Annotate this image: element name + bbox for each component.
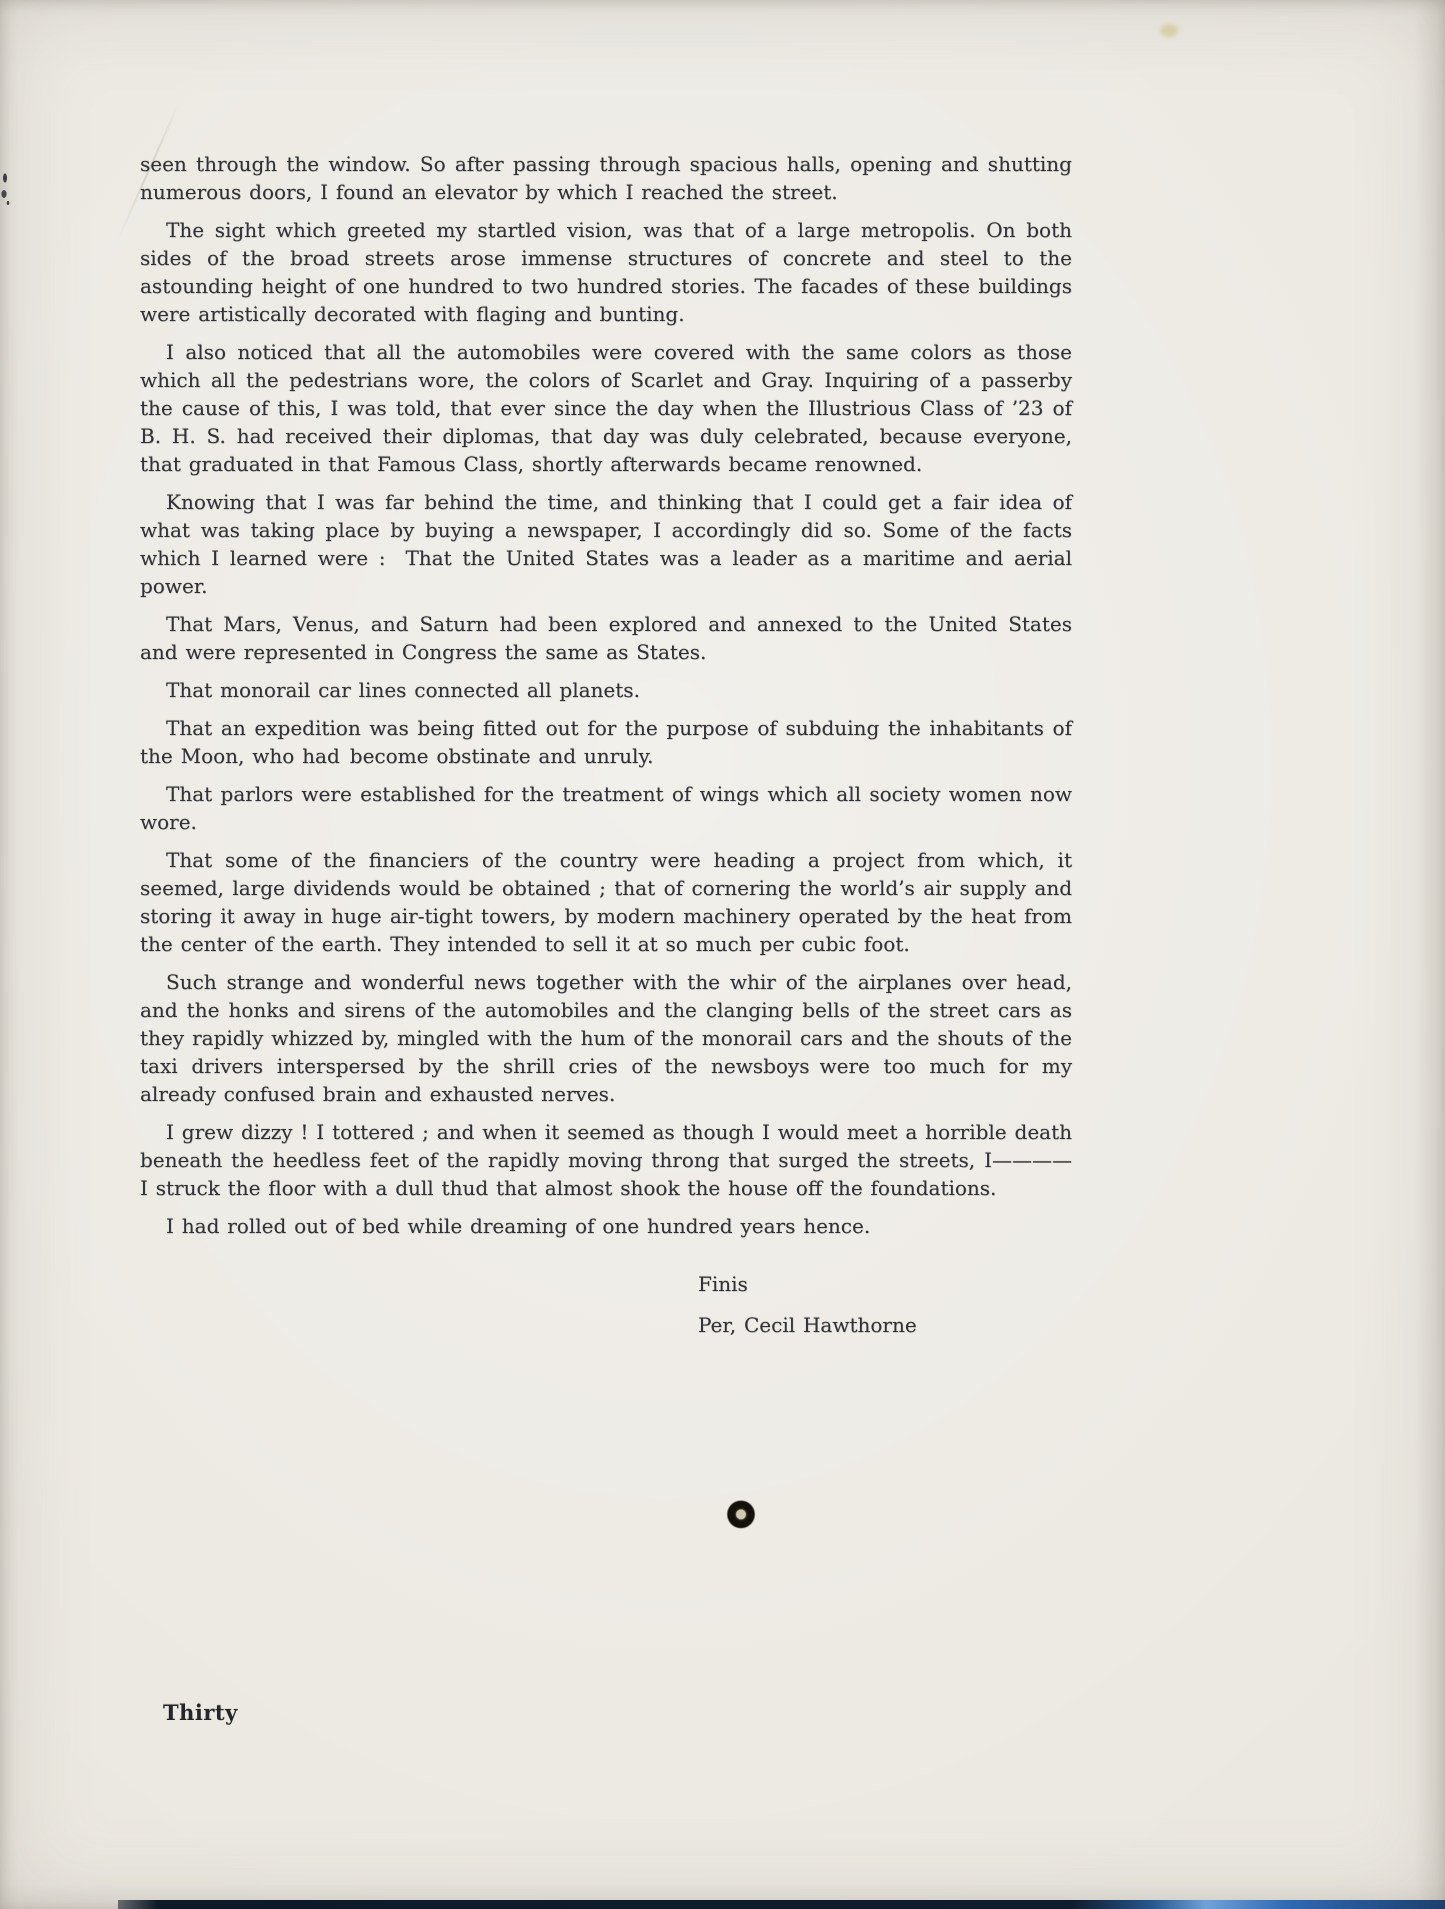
finis-label: Finis — [698, 1270, 1072, 1298]
paragraph: That some of the financiers of the count… — [140, 846, 1072, 958]
scan-edge-strip — [118, 1900, 1445, 1909]
paragraph: Knowing that I was far behind the time, … — [140, 488, 1072, 600]
paper-stain — [1160, 24, 1178, 37]
paragraph: That parlors were established for the tr… — [140, 780, 1072, 836]
paragraph: The sight which greeted my startled visi… — [140, 216, 1072, 328]
page-number: Thirty — [163, 1700, 238, 1725]
paragraph: I grew dizzy ! I tottered ; and when it … — [140, 1118, 1072, 1202]
paragraph: seen through the window. So after passin… — [140, 150, 1072, 206]
punch-hole — [726, 1500, 756, 1530]
ink-speck — [1, 168, 10, 208]
closing-block: Finis Per, Cecil Hawthorne — [698, 1270, 1072, 1339]
paragraph: I had rolled out of bed while dreaming o… — [140, 1212, 1072, 1240]
paragraph: That monorail car lines connected all pl… — [140, 676, 1072, 704]
scanned-page: seen through the window. So after passin… — [0, 0, 1445, 1909]
paragraph: That an expedition was being fitted out … — [140, 714, 1072, 770]
paragraph: Such strange and wonderful news together… — [140, 968, 1072, 1108]
author-byline: Per, Cecil Hawthorne — [698, 1311, 1072, 1339]
paragraph: That Mars, Venus, and Saturn had been ex… — [140, 610, 1072, 666]
paragraph: I also noticed that all the automobiles … — [140, 338, 1072, 478]
body-text: seen through the window. So after passin… — [140, 150, 1072, 1339]
